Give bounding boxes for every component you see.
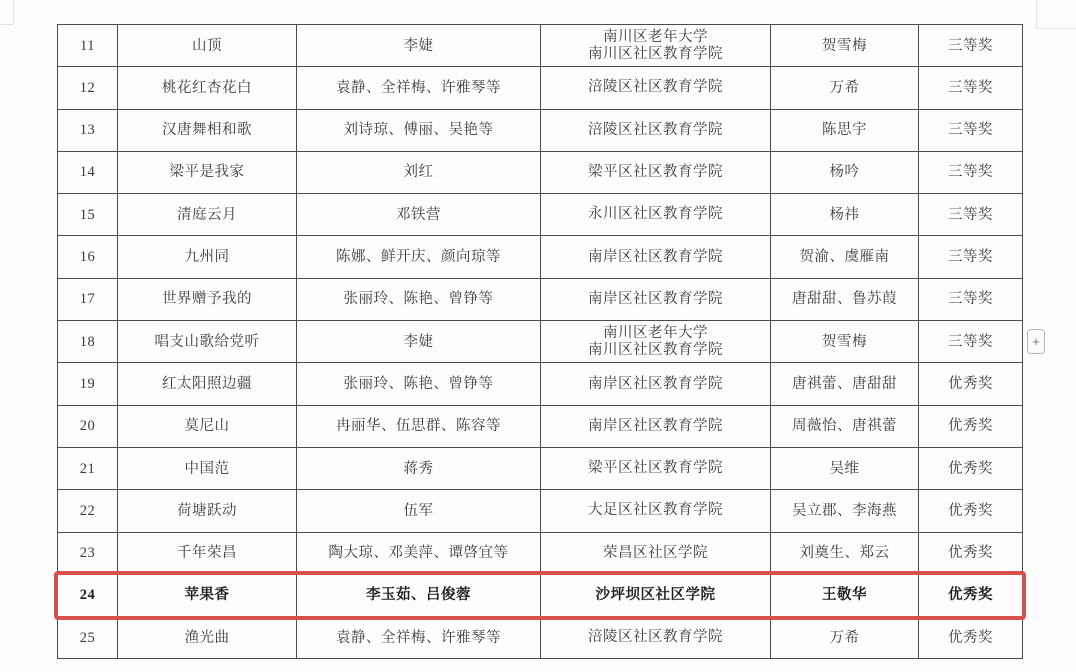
cell-number: 25 (58, 617, 118, 659)
table-row: 13汉唐舞相和歌刘诗琼、傅丽、吴艳等涪陵区社区教育学院陈思宇三等奖 (58, 109, 1023, 151)
institution-line: 南岸区社区教育学院 (545, 418, 766, 435)
cell-person: 吴维 (771, 447, 919, 489)
cell-award: 优秀奖 (919, 363, 1023, 405)
institution-line: 南川区老年大学 (545, 325, 766, 342)
cell-person: 贺渝、虞雁南 (771, 236, 919, 278)
cell-title: 山顶 (118, 25, 297, 67)
cell-institution: 涪陵区社区教育学院 (541, 109, 771, 151)
table-row: 12桃花红杏花白袁静、全祥梅、许雅琴等涪陵区社区教育学院万希三等奖 (58, 67, 1023, 109)
cell-award: 三等奖 (919, 151, 1023, 193)
page-edge-line (1036, 0, 1037, 28)
cell-title: 千年荣昌 (118, 532, 297, 574)
document-page: 11山顶李婕南川区老年大学南川区社区教育学院贺雪梅三等奖12桃花红杏花白袁静、全… (0, 0, 1076, 672)
cell-title: 九州同 (118, 236, 297, 278)
cell-award: 三等奖 (919, 194, 1023, 236)
cell-number: 20 (58, 405, 118, 447)
table-row: 19红太阳照边疆张丽玲、陈艳、曾铮等南岸区社区教育学院唐祺蕾、唐甜甜优秀奖 (58, 363, 1023, 405)
cell-number: 22 (58, 490, 118, 532)
cell-institution: 南岸区社区教育学院 (541, 405, 771, 447)
institution-line: 南岸区社区教育学院 (545, 249, 766, 266)
institution-line: 梁平区社区教育学院 (545, 164, 766, 181)
cell-performers: 邓铁营 (297, 194, 541, 236)
cell-person: 吴立郡、李海燕 (771, 490, 919, 532)
cell-institution: 南岸区社区教育学院 (541, 236, 771, 278)
cell-number: 17 (58, 278, 118, 320)
table-row: 15清庭云月邓铁营永川区社区教育学院杨祎三等奖 (58, 194, 1023, 236)
cell-performers: 张丽玲、陈艳、曾铮等 (297, 278, 541, 320)
page-edge-line (0, 24, 13, 25)
page-edge-line (13, 0, 14, 25)
cell-institution: 南岸区社区教育学院 (541, 363, 771, 405)
cell-performers: 蒋秀 (297, 447, 541, 489)
cell-award: 优秀奖 (919, 617, 1023, 659)
cell-performers: 刘红 (297, 151, 541, 193)
cell-title: 红太阳照边疆 (118, 363, 297, 405)
institution-line: 荣昌区社区学院 (545, 545, 766, 562)
cell-institution: 涪陵区社区教育学院 (541, 617, 771, 659)
cell-institution: 荣昌区社区学院 (541, 532, 771, 574)
page-edge-line (1036, 28, 1076, 29)
cell-person: 杨祎 (771, 194, 919, 236)
cell-award: 优秀奖 (919, 490, 1023, 532)
cell-performers: 张丽玲、陈艳、曾铮等 (297, 363, 541, 405)
cell-title: 汉唐舞相和歌 (118, 109, 297, 151)
institution-line: 梁平区社区教育学院 (545, 460, 766, 477)
cell-award: 三等奖 (919, 278, 1023, 320)
cell-title: 世界赠予我的 (118, 278, 297, 320)
cell-award: 三等奖 (919, 67, 1023, 109)
institution-line: 南岸区社区教育学院 (545, 291, 766, 308)
cell-person: 周薇怡、唐祺蕾 (771, 405, 919, 447)
table-row: 20莫尼山冉丽华、伍思群、陈容等南岸区社区教育学院周薇怡、唐祺蕾优秀奖 (58, 405, 1023, 447)
cell-person: 唐甜甜、鲁苏葭 (771, 278, 919, 320)
cell-performers: 伍军 (297, 490, 541, 532)
institution-line: 涪陵区社区教育学院 (545, 79, 766, 96)
cell-title: 唱支山歌给党听 (118, 321, 297, 363)
cell-title: 苹果香 (118, 574, 297, 616)
table-row: 21中国范蒋秀梁平区社区教育学院吴维优秀奖 (58, 447, 1023, 489)
cell-title: 莫尼山 (118, 405, 297, 447)
cell-number: 24 (58, 574, 118, 616)
cell-performers: 李玉茹、吕俊蓉 (297, 574, 541, 616)
cell-performers: 袁静、全祥梅、许雅琴等 (297, 67, 541, 109)
cell-number: 19 (58, 363, 118, 405)
cell-title: 梁平是我家 (118, 151, 297, 193)
cell-award: 优秀奖 (919, 447, 1023, 489)
table-row: 17世界赠予我的张丽玲、陈艳、曾铮等南岸区社区教育学院唐甜甜、鲁苏葭三等奖 (58, 278, 1023, 320)
institution-line: 南川区社区教育学院 (545, 342, 766, 359)
institution-line: 涪陵区社区教育学院 (545, 122, 766, 139)
cell-performers: 冉丽华、伍思群、陈容等 (297, 405, 541, 447)
cell-number: 18 (58, 321, 118, 363)
cell-award: 三等奖 (919, 321, 1023, 363)
institution-line: 南岸区社区教育学院 (545, 376, 766, 393)
cell-person: 万希 (771, 617, 919, 659)
cell-person: 唐祺蕾、唐甜甜 (771, 363, 919, 405)
cell-performers: 刘诗琼、傅丽、吴艳等 (297, 109, 541, 151)
cell-person: 万希 (771, 67, 919, 109)
cell-institution: 梁平区社区教育学院 (541, 447, 771, 489)
cell-performers: 袁静、全祥梅、许雅琴等 (297, 617, 541, 659)
cell-number: 12 (58, 67, 118, 109)
cell-institution: 大足区社区教育学院 (541, 490, 771, 532)
cell-number: 16 (58, 236, 118, 278)
cell-performers: 陶大琼、邓美萍、谭啓宜等 (297, 532, 541, 574)
cell-performers: 李婕 (297, 321, 541, 363)
cell-institution: 南川区老年大学南川区社区教育学院 (541, 25, 771, 67)
cell-person: 贺雪梅 (771, 25, 919, 67)
cell-institution: 涪陵区社区教育学院 (541, 67, 771, 109)
cell-award: 三等奖 (919, 236, 1023, 278)
table-row: 22荷塘跃动伍军大足区社区教育学院吴立郡、李海燕优秀奖 (58, 490, 1023, 532)
cell-institution: 南川区老年大学南川区社区教育学院 (541, 321, 771, 363)
cell-title: 清庭云月 (118, 194, 297, 236)
cell-title: 荷塘跃动 (118, 490, 297, 532)
cell-institution: 永川区社区教育学院 (541, 194, 771, 236)
table-row: 24苹果香李玉茹、吕俊蓉沙坪坝区社区学院王敬华优秀奖 (58, 574, 1023, 616)
cell-performers: 陈娜、鲜开庆、颜向琼等 (297, 236, 541, 278)
table-row: 14梁平是我家刘红梁平区社区教育学院杨吟三等奖 (58, 151, 1023, 193)
institution-line: 南川区社区教育学院 (545, 46, 766, 63)
cell-award: 优秀奖 (919, 574, 1023, 616)
cell-person: 陈思宇 (771, 109, 919, 151)
cell-person: 王敬华 (771, 574, 919, 616)
award-table-body: 11山顶李婕南川区老年大学南川区社区教育学院贺雪梅三等奖12桃花红杏花白袁静、全… (58, 25, 1023, 659)
table-row: 25渔光曲袁静、全祥梅、许雅琴等涪陵区社区教育学院万希优秀奖 (58, 617, 1023, 659)
award-table: 11山顶李婕南川区老年大学南川区社区教育学院贺雪梅三等奖12桃花红杏花白袁静、全… (57, 24, 1023, 659)
cell-number: 14 (58, 151, 118, 193)
cell-institution: 南岸区社区教育学院 (541, 278, 771, 320)
cell-number: 11 (58, 25, 118, 67)
cell-number: 23 (58, 532, 118, 574)
cell-title: 渔光曲 (118, 617, 297, 659)
cell-number: 13 (58, 109, 118, 151)
table-row: 16九州同陈娜、鲜开庆、颜向琼等南岸区社区教育学院贺渝、虞雁南三等奖 (58, 236, 1023, 278)
cell-title: 中国范 (118, 447, 297, 489)
cell-performers: 李婕 (297, 25, 541, 67)
institution-line: 沙坪坝区社区学院 (545, 587, 766, 604)
cell-title: 桃花红杏花白 (118, 67, 297, 109)
cell-person: 杨吟 (771, 151, 919, 193)
cell-number: 21 (58, 447, 118, 489)
table-row: 23千年荣昌陶大琼、邓美萍、谭啓宜等荣昌区社区学院刘奠生、郑云优秀奖 (58, 532, 1023, 574)
cell-award: 三等奖 (919, 109, 1023, 151)
cell-institution: 沙坪坝区社区学院 (541, 574, 771, 616)
cell-person: 刘奠生、郑云 (771, 532, 919, 574)
expand-button[interactable]: + (1027, 329, 1045, 354)
table-row: 11山顶李婕南川区老年大学南川区社区教育学院贺雪梅三等奖 (58, 25, 1023, 67)
institution-line: 永川区社区教育学院 (545, 206, 766, 223)
cell-award: 三等奖 (919, 25, 1023, 67)
cell-award: 优秀奖 (919, 532, 1023, 574)
institution-line: 涪陵区社区教育学院 (545, 629, 766, 646)
table-row: 18唱支山歌给党听李婕南川区老年大学南川区社区教育学院贺雪梅三等奖 (58, 321, 1023, 363)
institution-line: 大足区社区教育学院 (545, 502, 766, 519)
cell-number: 15 (58, 194, 118, 236)
cell-person: 贺雪梅 (771, 321, 919, 363)
cell-institution: 梁平区社区教育学院 (541, 151, 771, 193)
institution-line: 南川区老年大学 (545, 29, 766, 46)
cell-award: 优秀奖 (919, 405, 1023, 447)
